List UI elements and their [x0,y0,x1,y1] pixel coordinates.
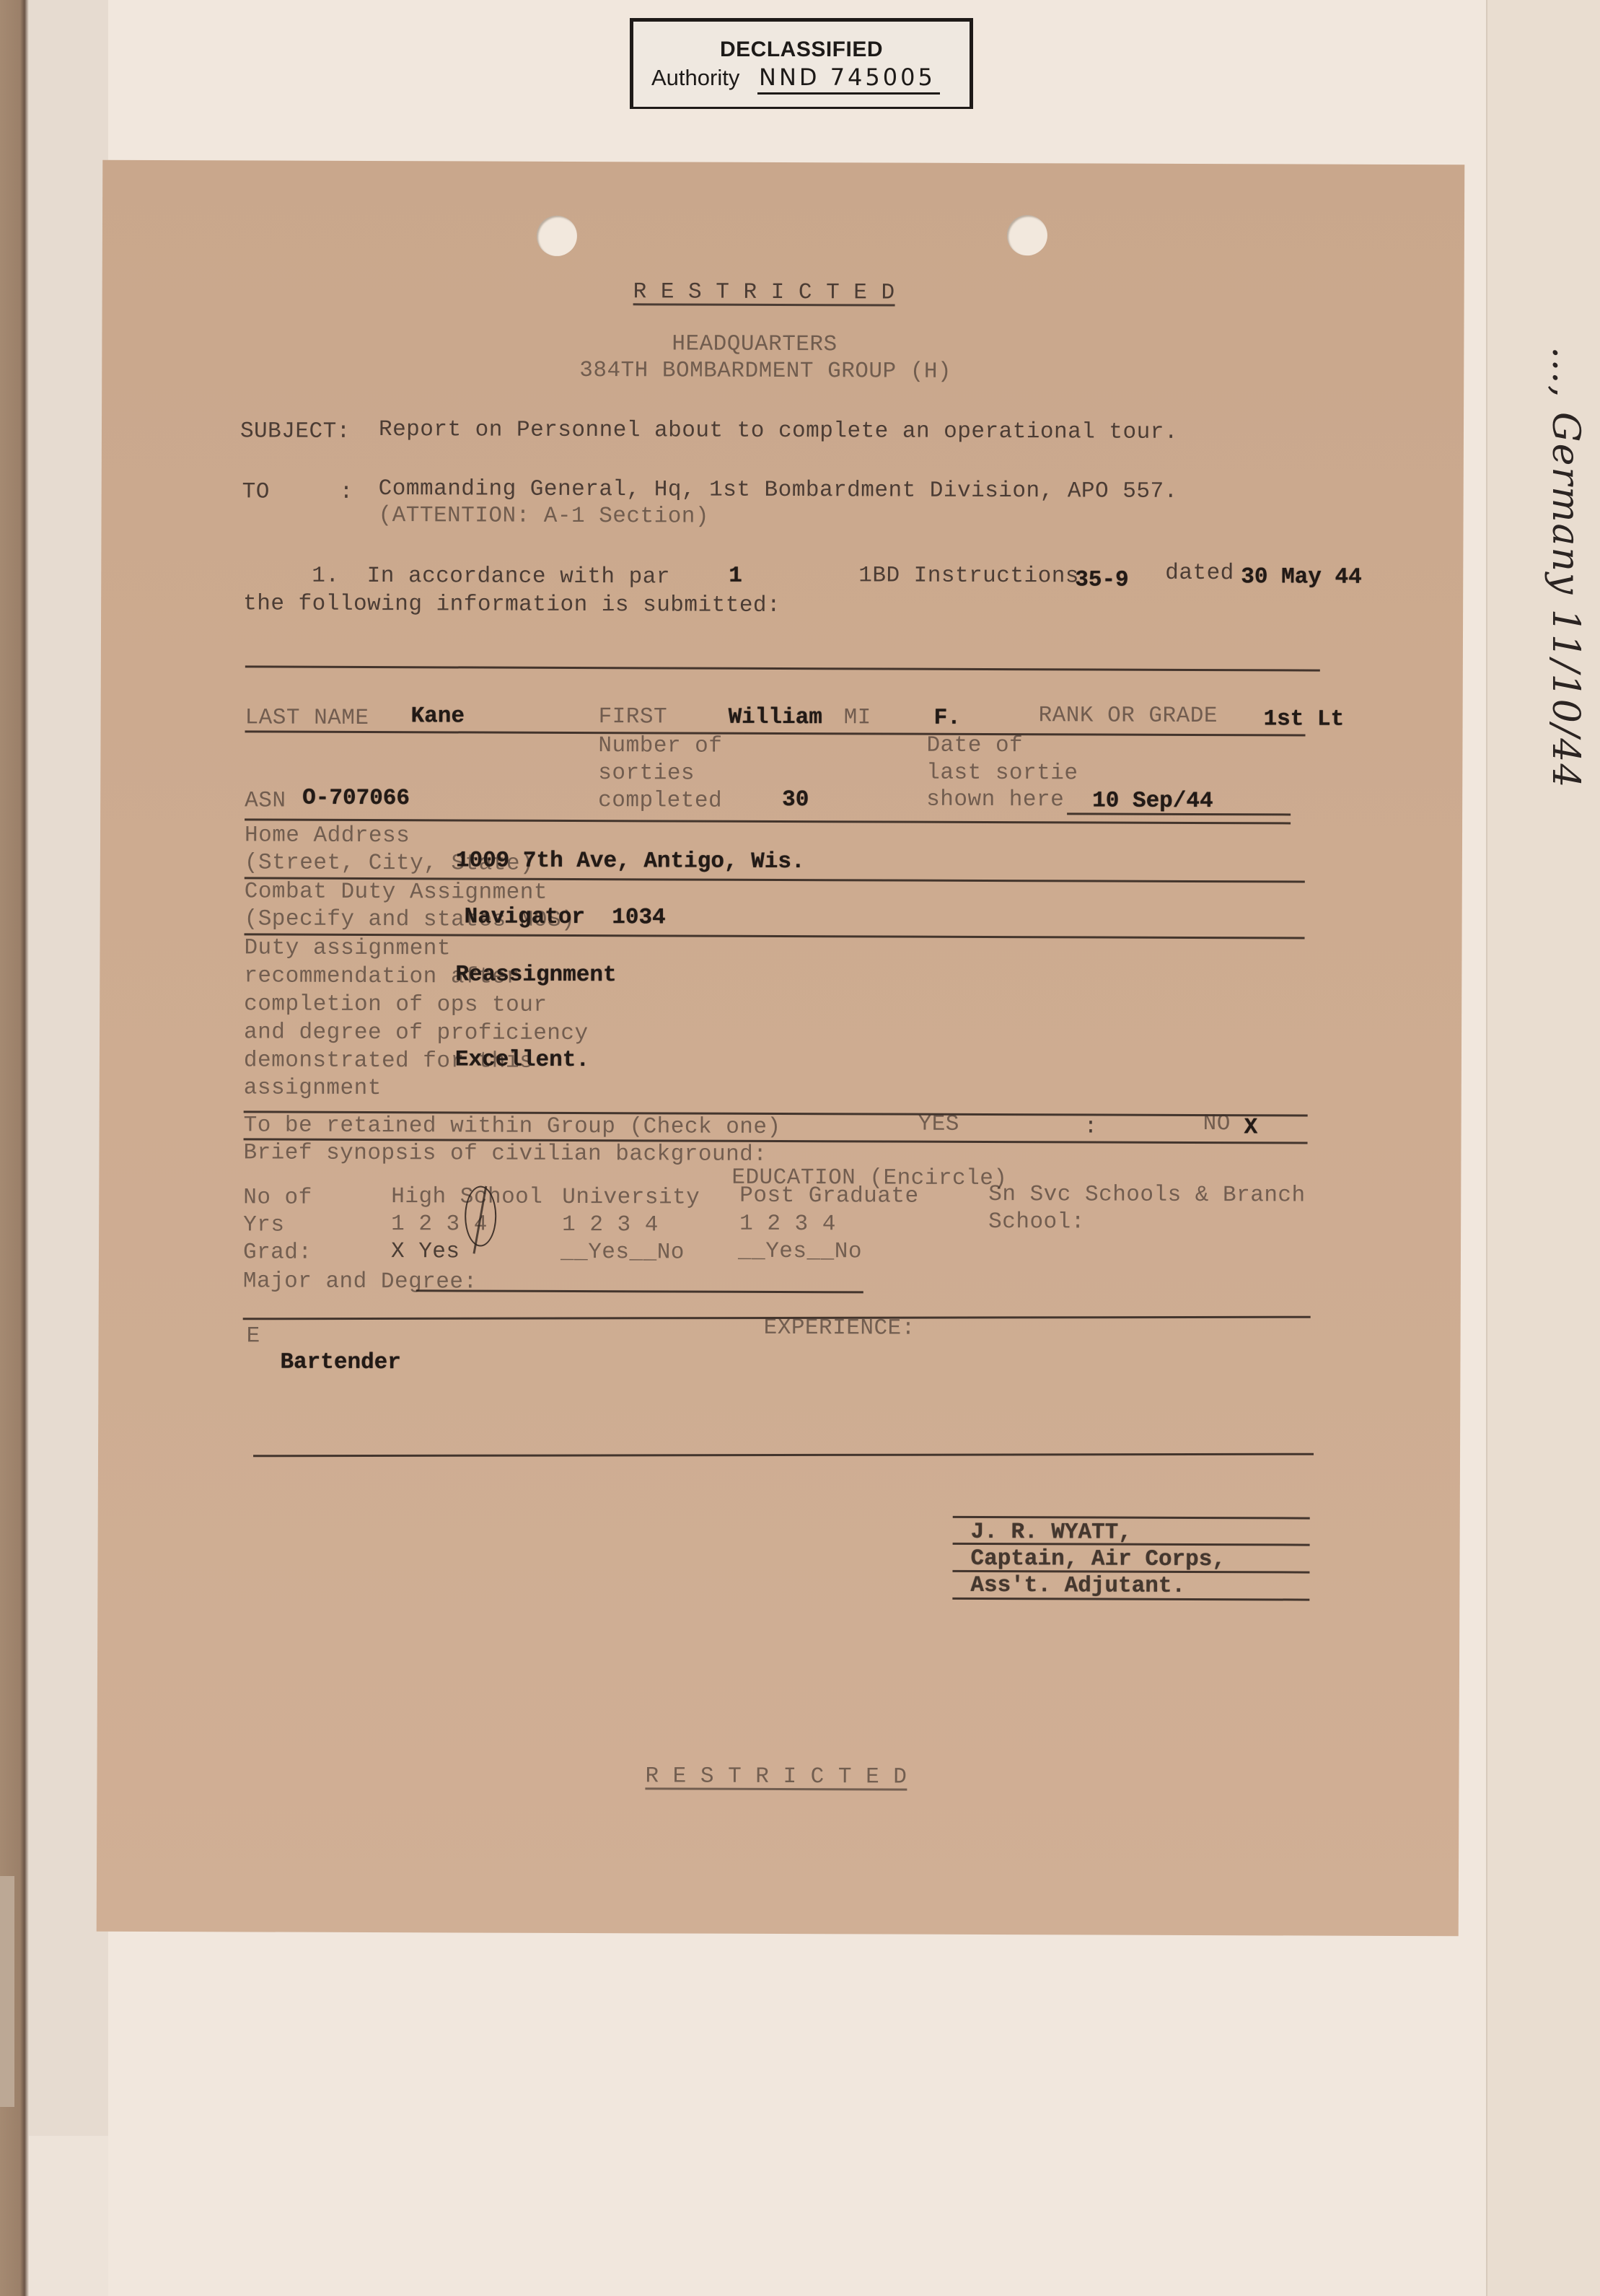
to-attention: (ATTENTION: A-1 Section) [379,503,710,530]
first-name-value: William [729,705,822,730]
proficiency-value: Excellent. [455,1047,589,1073]
retain-yes-label: YES [918,1112,959,1137]
education-grad-label: Grad: [243,1240,312,1265]
recommendation-label-6: assignment [244,1075,382,1101]
to-label: TO [242,479,270,504]
recommendation-label-4: and degree of proficiency [244,1020,589,1046]
middle-initial-label: MI [844,705,871,730]
name-row-rule [245,730,1306,736]
home-address-label-1: Home Address [245,823,410,849]
signature-rule-4 [952,1598,1309,1601]
combat-duty-label-1: Combat Duty Assignment [245,879,548,905]
subject-label: SUBJECT: [240,419,351,444]
university-years: 1 2 3 4 [562,1212,659,1237]
subject-text: Report on Personnel about to complete an… [379,417,1178,445]
university-label: University [562,1185,700,1211]
retain-label: To be retained within Group (Check one) [244,1113,781,1140]
post-graduate-years: 1 2 3 4 [739,1211,836,1237]
rank-label: RANK OR GRADE [1039,703,1218,729]
headquarters-heading: HEADQUARTERS [672,331,837,357]
classification-header: R E S T R I C T E D [633,279,895,305]
classification-footer: R E S T R I C T E D [645,1763,907,1789]
paragraph-1-dated-label: dated [1165,561,1234,586]
sorties-label-3: completed [598,788,722,814]
last-sortie-value: 10 Sep/44 [1092,789,1213,815]
paragraph-1-prefix: 1. In accordance with par [312,564,670,590]
post-graduate-label: Post Graduate [739,1183,918,1209]
stamp-title: DECLASSIFIED [633,38,970,62]
last-name-value: Kane [411,704,465,729]
sorties-value: 30 [782,787,809,812]
recommendation-label-3: completion of ops tour [244,991,547,1017]
stamp-authority-value: NND 745005 [757,63,940,95]
service-schools-label-2: School: [988,1209,1085,1235]
experience-label: EXPERIENCE: [764,1315,915,1341]
experience-e-label: E [247,1323,260,1349]
civilian-background-label: Brief synopsis of civilian background: [243,1140,767,1167]
sorties-label-1: Number of [598,733,722,759]
middle-initial-value: F. [934,706,961,731]
stamp-authority-label: Authority [651,65,739,91]
paragraph-1-line2: the following information is submitted: [243,591,781,618]
recommendation-label-1: Duty assignment [244,935,451,961]
last-name-label: LAST NAME [245,705,369,731]
service-schools-label-1: Sn Svc Schools & Branch [988,1182,1305,1209]
recommendation-value: Reassignment [455,962,616,988]
signature-rule-2 [953,1543,1310,1546]
asn-value: O-707066 [302,786,410,812]
paragraph-1-instruction-number: 35-9 [1075,567,1129,592]
first-name-label: FIRST [599,704,668,729]
signature-rank: Captain, Air Corps, [970,1546,1226,1572]
post-graduate-grad: __Yes__No [738,1239,862,1265]
to-colon: : [340,480,353,505]
education-no-of-label: No of [243,1185,312,1210]
retain-no-label: NO [1203,1111,1231,1136]
unit-heading: 384TH BOMBARDMENT GROUP (H) [579,358,951,385]
declassified-stamp: DECLASSIFIED Authority NND 745005 [630,18,973,109]
form-top-rule [245,665,1320,671]
paragraph-1-instructions: 1BD Instructions [858,563,1079,589]
sorties-label-2: sorties [598,761,695,786]
punch-hole-left [537,216,577,256]
major-degree-underline [416,1289,863,1293]
university-grad: __Yes__No [561,1240,685,1266]
document-page: R E S T R I C T E D HEADQUARTERS 384TH B… [97,160,1465,1937]
background-fold [0,1876,14,2107]
retain-no-checkmark: X [1244,1115,1258,1140]
last-sortie-label-2: last sortie [926,761,1078,786]
asn-label: ASN [245,788,286,813]
signature-title: Ass't. Adjutant. [970,1573,1185,1599]
last-sortie-label-3: shown here [926,787,1064,813]
paragraph-1-par-number: 1 [729,564,742,589]
punch-hole-right [1007,215,1047,255]
education-yrs-label: Yrs [243,1212,284,1237]
retain-colon: : [1084,1114,1098,1139]
home-address-value: 1009 7th Ave, Antigo, Wis. [456,848,805,875]
experience-bottom-rule [253,1453,1314,1458]
paragraph-1-date: 30 May 44 [1241,564,1362,590]
combat-duty-value: Navigator 1034 [465,904,666,930]
rank-value: 1st Lt [1264,706,1345,732]
high-school-grad: X Yes [391,1239,460,1264]
last-sortie-label-1: Date of [926,733,1023,758]
last-sortie-underline [1067,812,1291,815]
handwritten-margin-note: …, Germany 11/10/44 [1537,346,1587,1717]
experience-value: Bartender [280,1350,401,1376]
to-addressee: Commanding General, Hq, 1st Bombardment … [379,476,1178,504]
signature-name: J. R. WYATT, [971,1520,1132,1546]
signature-rule-1 [953,1516,1310,1520]
